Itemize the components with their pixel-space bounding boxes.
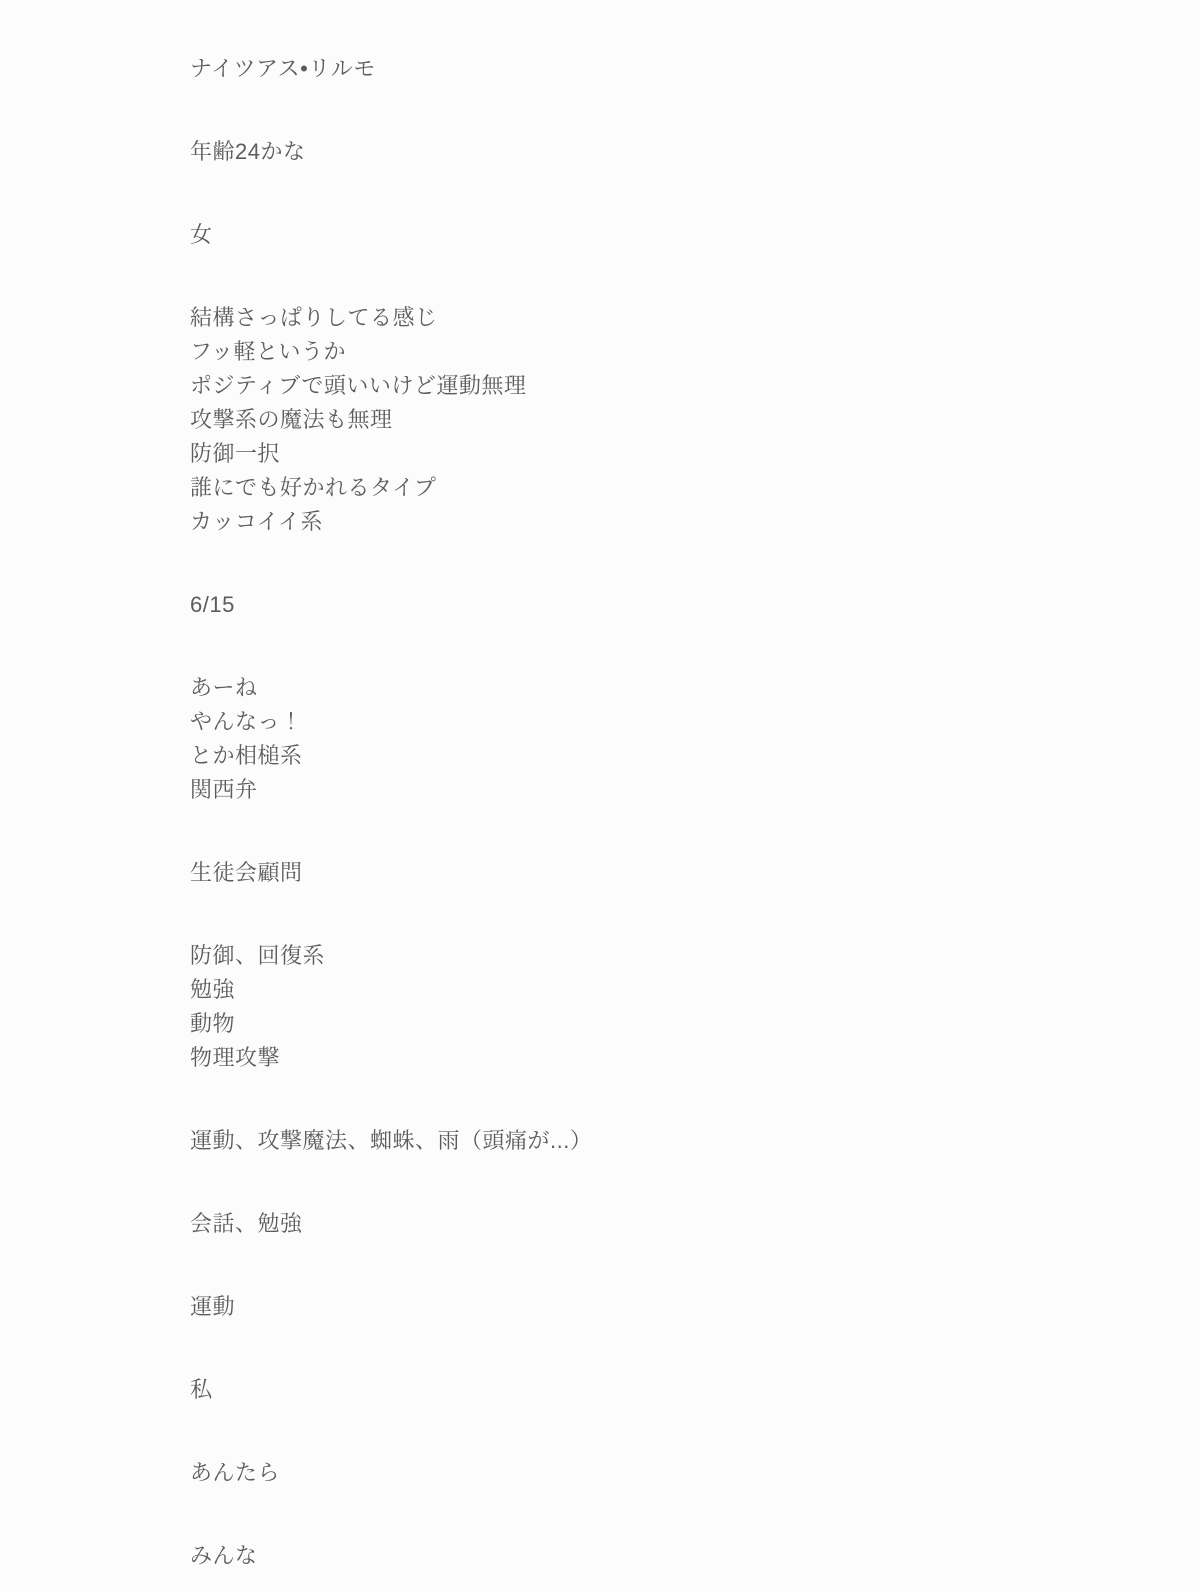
text-line: 6/15 (190, 588, 1140, 622)
text-line: ナイツアス•リルモ (190, 52, 1140, 86)
text-line: 会話、勉強 (190, 1207, 1140, 1241)
text-line: 動物 (190, 1007, 1140, 1041)
paragraph: あーねやんなっ！とか相槌系関西弁 (190, 671, 1140, 807)
paragraph: 6/15 (190, 588, 1140, 622)
paragraph: ナイツアス•リルモ (190, 52, 1140, 86)
text-line: 年齢24かな (190, 135, 1140, 169)
text-line: 誰にでも好かれるタイプ (190, 471, 1140, 505)
paragraph: 私 (190, 1373, 1140, 1407)
text-line: とか相槌系 (190, 739, 1140, 773)
paragraph: 生徒会顧問 (190, 856, 1140, 890)
document-content: ナイツアス•リルモ年齢24かな女結構さっぱりしてる感じフッ軽というかポジティブで… (0, 0, 1200, 1573)
text-line: あんたら (190, 1456, 1140, 1490)
paragraph: 運動 (190, 1290, 1140, 1324)
text-line: 結構さっぱりしてる感じ (190, 301, 1140, 335)
paragraph: 運動、攻撃魔法、蜘蛛、雨（頭痛が...） (190, 1124, 1140, 1158)
document-page: ナイツアス•リルモ年齢24かな女結構さっぱりしてる感じフッ軽というかポジティブで… (0, 0, 1200, 1591)
text-line: 運動、攻撃魔法、蜘蛛、雨（頭痛が...） (190, 1124, 1140, 1158)
text-line: やんなっ！ (190, 705, 1140, 739)
text-line: あーね (190, 671, 1140, 705)
paragraph: 防御、回復系勉強動物物理攻撃 (190, 939, 1140, 1075)
text-line: 物理攻撃 (190, 1041, 1140, 1075)
text-line: 運動 (190, 1290, 1140, 1324)
text-line: 防御一択 (190, 437, 1140, 471)
paragraph: 結構さっぱりしてる感じフッ軽というかポジティブで頭いいけど運動無理攻撃系の魔法も… (190, 301, 1140, 539)
text-line: みんな (190, 1539, 1140, 1573)
text-line: 攻撃系の魔法も無理 (190, 403, 1140, 437)
text-line: 勉強 (190, 973, 1140, 1007)
paragraph: みんな (190, 1539, 1140, 1573)
text-line: 生徒会顧問 (190, 856, 1140, 890)
text-line: 関西弁 (190, 773, 1140, 807)
paragraph: あんたら (190, 1456, 1140, 1490)
text-line: フッ軽というか (190, 335, 1140, 369)
text-line: 防御、回復系 (190, 939, 1140, 973)
paragraph: 会話、勉強 (190, 1207, 1140, 1241)
text-line: ポジティブで頭いいけど運動無理 (190, 369, 1140, 403)
paragraph: 年齢24かな (190, 135, 1140, 169)
text-line: 女 (190, 218, 1140, 252)
text-line: カッコイイ系 (190, 505, 1140, 539)
text-line: 私 (190, 1373, 1140, 1407)
paragraph: 女 (190, 218, 1140, 252)
